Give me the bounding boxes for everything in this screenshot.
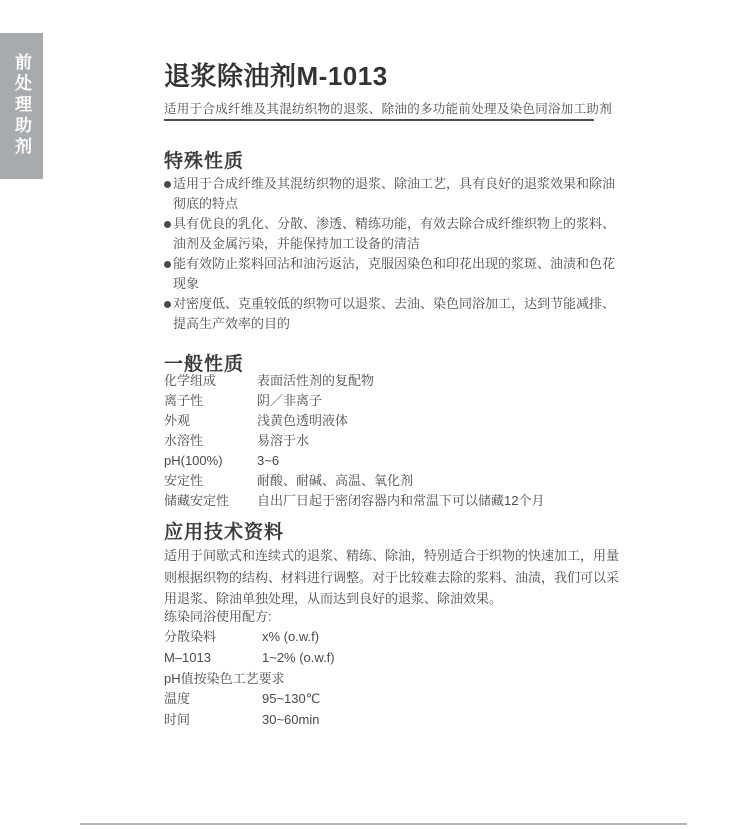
table-row: pH(100%) 3~6 [164,451,544,471]
bullet-icon [164,181,171,188]
recipe-label: 时间 [164,710,262,731]
recipe-label: 分散染料 [164,627,262,648]
table-row: 外观 浅黄色透明液体 [164,411,544,431]
property-value: 耐酸、耐碱、高温、氧化剂 [257,471,413,491]
list-item: 适用于合成纤维及其混纺织物的退浆、除油工艺，具有良好的退浆效果和除油 彻底的特点 [164,174,615,214]
recipe-value: 1~2% (o.w.f) [262,648,335,669]
property-value: 阴／非离子 [257,391,322,411]
recipe-value: 30~60min [262,710,319,731]
property-label: 安定性 [164,471,257,491]
bullet-icon [164,301,171,308]
table-row: 化学组成 表面活性剂的复配物 [164,371,544,391]
recipe-label: M–1013 [164,648,262,669]
list-item-text: 具有优良的乳化、分散、渗透、精练功能，有效去除合成纤维织物上的浆料、 油剂及金属… [173,214,615,254]
application-paragraph: 适用于间歇式和连续式的退浆、精练、除油，特别适合于织物的快速加工，用量 则根据织… [164,545,619,610]
section-heading-application: 应用技术资料 [164,517,284,544]
property-label: 水溶性 [164,431,257,451]
property-value: 易溶于水 [257,431,309,451]
list-item-text: 能有效防止浆料回沾和油污返沾，克服因染色和印花出现的浆斑、油渍和色花 现象 [173,254,615,294]
table-row: M–1013 1~2% (o.w.f) [164,648,335,669]
list-item-text: 适用于合成纤维及其混纺织物的退浆、除油工艺，具有良好的退浆效果和除油 彻底的特点 [173,174,615,214]
category-tab: 前处理助剂 [0,33,43,179]
page-title: 退浆除油剂M-1013 [164,56,388,93]
recipe-title: 练染同浴使用配方: [164,606,272,628]
table-row: 时间 30~60min [164,710,335,731]
recipe-value: 95~130℃ [262,689,320,710]
recipe-label: pH值按染色工艺要求 [164,669,285,690]
property-label: 外观 [164,411,257,431]
general-properties-table: 化学组成 表面活性剂的复配物 离子性 阴／非离子 外观 浅黄色透明液体 水溶性 … [164,371,544,511]
property-value: 浅黄色透明液体 [257,411,348,431]
bullet-icon [164,221,171,228]
list-item: 能有效防止浆料回沾和油污返沾，克服因染色和印花出现的浆斑、油渍和色花 现象 [164,254,615,294]
table-row: 储藏安定性 自出厂日起于密闭容器内和常温下可以储藏12个月 [164,491,544,511]
property-value: 自出厂日起于密闭容器内和常温下可以储藏12个月 [257,491,544,511]
table-row: 温度 95~130℃ [164,689,335,710]
table-row: 水溶性 易溶于水 [164,431,544,451]
list-item: 具有优良的乳化、分散、渗透、精练功能，有效去除合成纤维织物上的浆料、 油剂及金属… [164,214,615,254]
table-row: 分散染料 x% (o.w.f) [164,627,335,648]
recipe-label: 温度 [164,689,262,710]
section-heading-special-properties: 特殊性质 [164,146,244,173]
table-row: 安定性 耐酸、耐碱、高温、氧化剂 [164,471,544,491]
list-item: 对密度低、克重较低的织物可以退浆、去油、染色同浴加工，达到节能减排、 提高生产效… [164,294,615,334]
table-row: pH值按染色工艺要求 [164,669,335,690]
property-label: 化学组成 [164,371,257,391]
page-subtitle: 适用于合成纤维及其混纺织物的退浆、除油的多功能前处理及染色同浴加工助剂 [164,99,612,117]
bullet-icon [164,261,171,268]
property-label: 储藏安定性 [164,491,257,511]
title-divider [164,119,594,121]
special-properties-list: 适用于合成纤维及其混纺织物的退浆、除油工艺，具有良好的退浆效果和除油 彻底的特点… [164,174,615,334]
property-value: 表面活性剂的复配物 [257,371,374,391]
property-value: 3~6 [257,451,279,471]
recipe-table: 分散染料 x% (o.w.f) M–1013 1~2% (o.w.f) pH值按… [164,627,335,731]
property-label: pH(100%) [164,451,257,471]
datasheet-page: 前处理助剂 退浆除油剂M-1013 适用于合成纤维及其混纺织物的退浆、除油的多功… [0,0,744,829]
footer-divider [80,823,687,825]
property-label: 离子性 [164,391,257,411]
table-row: 离子性 阴／非离子 [164,391,544,411]
recipe-value: x% (o.w.f) [262,627,319,648]
category-tab-label: 前处理助剂 [9,53,34,158]
list-item-text: 对密度低、克重较低的织物可以退浆、去油、染色同浴加工，达到节能减排、 提高生产效… [173,294,615,334]
